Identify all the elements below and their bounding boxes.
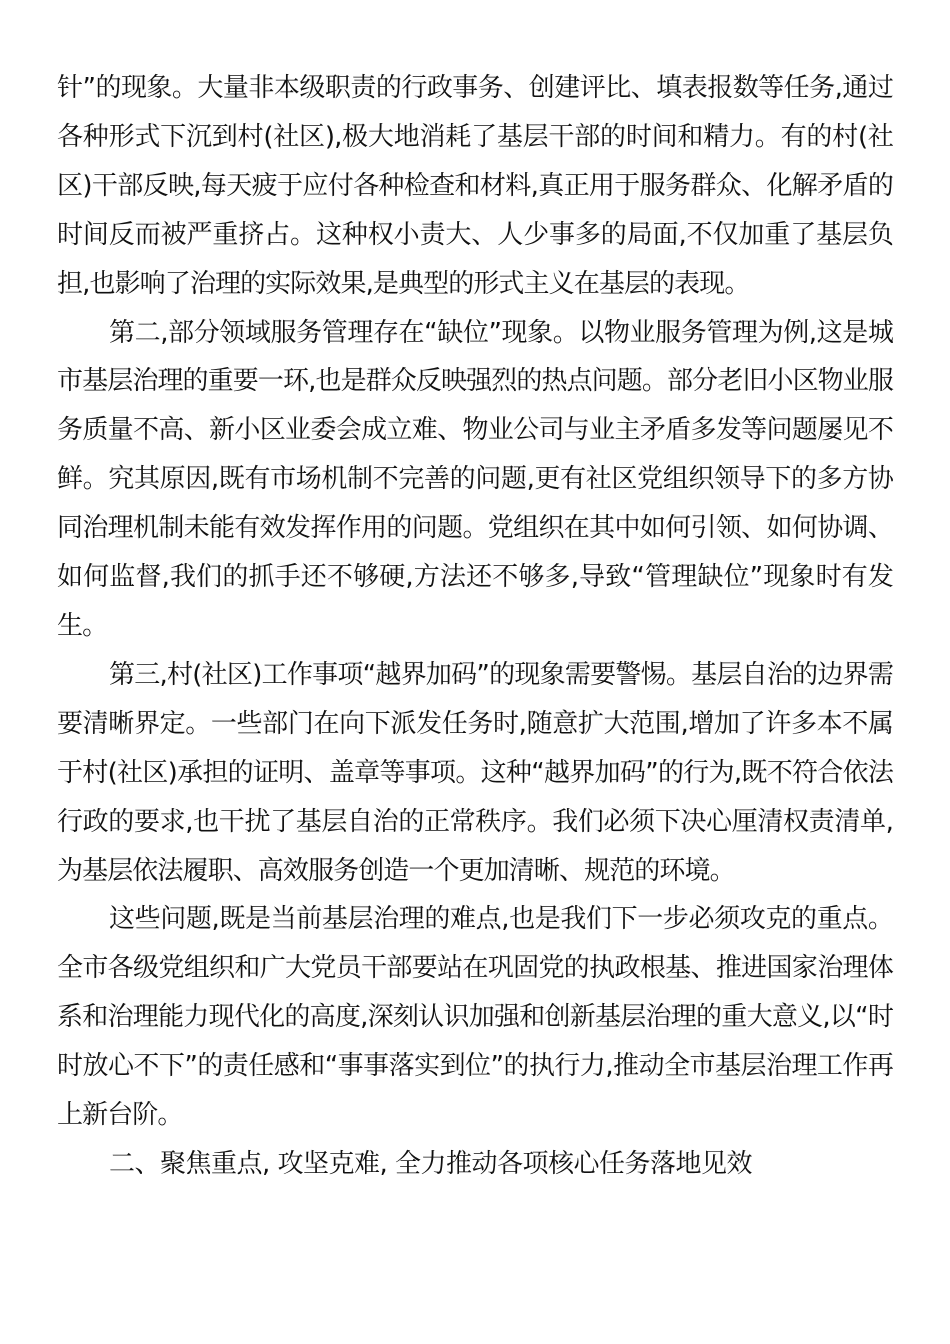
paragraph-second-issue: 第二,部分领域服务管理存在“缺位”现象。以物业服务管理为例,这是城市基层治理的重… — [57, 309, 893, 651]
document-page: 针”的现象。大量非本级职责的行政事务、创建评比、填表报数等任务,通过各种形式下沉… — [57, 64, 893, 1189]
section-heading: 二、聚焦重点, 攻坚克难, 全力推动各项核心任务落地见效 — [57, 1140, 893, 1189]
paragraph-third-issue: 第三,村(社区)工作事项“越界加码”的现象需要警惕。基层自治的边界需要清晰界定。… — [57, 651, 893, 896]
paragraph-continuation: 针”的现象。大量非本级职责的行政事务、创建评比、填表报数等任务,通过各种形式下沉… — [57, 64, 893, 309]
paragraph-summary: 这些问题,既是当前基层治理的难点,也是我们下一步必须攻克的重点。全市各级党组织和… — [57, 895, 893, 1140]
